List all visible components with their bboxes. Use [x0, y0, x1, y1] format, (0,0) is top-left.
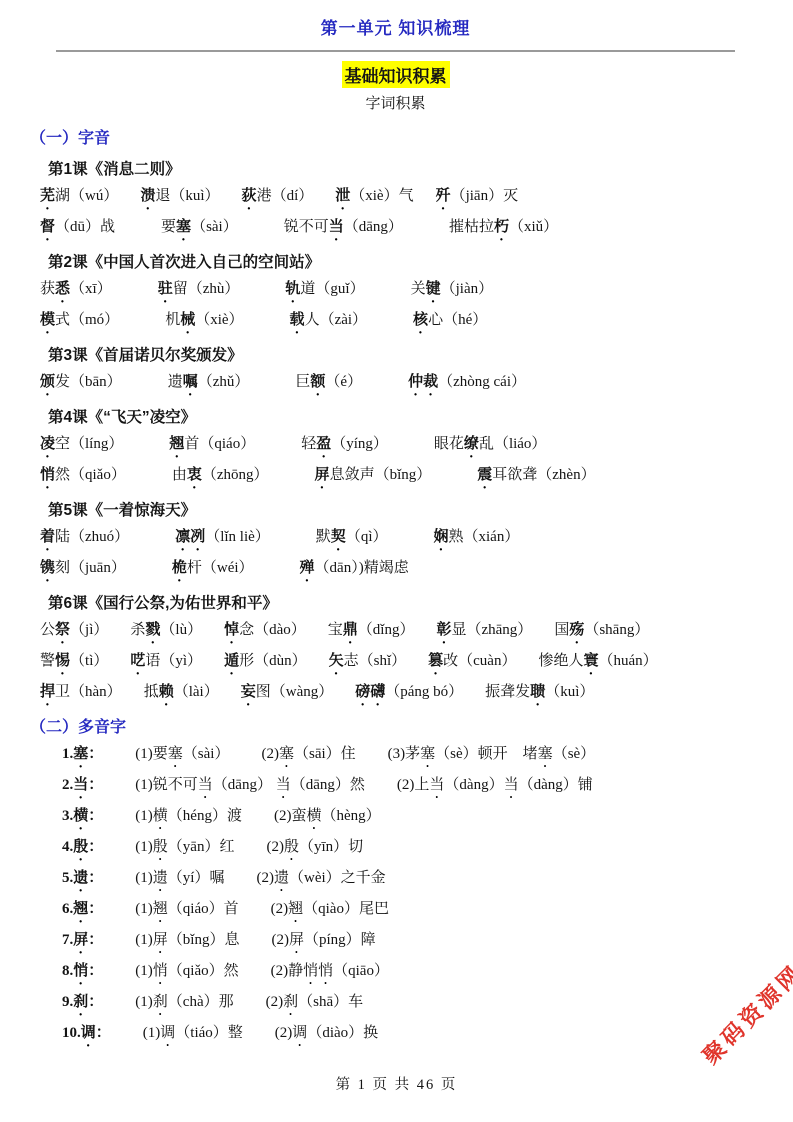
emphasized-char: 当 — [329, 218, 344, 235]
vocab-item: 呓语（yì） — [130, 649, 202, 678]
polyphone-option: (2)上当（dàng）当（dàng）铺 — [397, 773, 593, 802]
text-run: 然（qiǎo） — [55, 467, 126, 483]
colon: ： — [88, 932, 103, 948]
vocab-item: 警惕（tì） — [40, 649, 108, 678]
vocab-row: 获悉（xī）驻留（zhù）轨道（guǐ）关键（jiàn） — [38, 276, 753, 307]
text-run: 振聋发 — [485, 684, 530, 700]
text-run: （dǐng） — [358, 622, 415, 638]
polyphone-entry: 2.当：(1)锐不可当（dāng） 当（dāng）然(2)上当（dàng）当（d… — [38, 772, 753, 803]
emphasized-char: 震 — [477, 466, 492, 483]
vocab-item: 荻港（dí） — [242, 184, 314, 213]
lesson-title: 第2课《中国人首次进入自己的空间站》 — [38, 245, 753, 276]
text-run: （sài） — [191, 219, 238, 235]
text-run: 杆（wéi） — [187, 560, 254, 576]
emphasized-char: 核 — [413, 311, 428, 328]
emphasized-char: 悄 — [153, 963, 168, 979]
text-run: （zhǔ） — [198, 374, 250, 390]
text-run: (1) — [135, 839, 153, 855]
page-footer: 第 1 页 共 46 页 — [0, 1073, 793, 1094]
text-run: (1) — [135, 808, 153, 824]
vocab-item: 宝鼎（dǐng） — [328, 618, 415, 647]
emphasized-char: 殷 — [284, 839, 299, 855]
vocab-item: 机械（xiè） — [165, 308, 243, 337]
text-run: （héng）渡 — [168, 808, 242, 824]
vocab-row: 捍卫（hàn）抵赖（lài）妄图（wàng）磅礴（páng bó）振聋发聩（ku… — [38, 679, 753, 710]
emphasized-char: 调 — [292, 1025, 307, 1041]
text-run: 要 — [161, 219, 176, 235]
vocab-item: 娴熟（xián） — [433, 525, 519, 554]
colon: ： — [88, 963, 103, 979]
vocab-item: 矢志（shǐ） — [329, 649, 407, 678]
emphasized-char: 捍 — [40, 683, 55, 700]
text-run: （dān）)精竭虑 — [315, 560, 409, 576]
text-run: （dàng） — [444, 777, 503, 793]
polyphone-char: 塞 — [73, 745, 88, 762]
vocab-item: 泄（xiè）气 — [335, 184, 413, 213]
text-run: (1) — [135, 870, 153, 886]
emphasized-char: 驻 — [158, 280, 173, 297]
entry-number: 10. — [62, 1025, 81, 1041]
text-run: （sè）顿开 堵 — [435, 746, 538, 762]
text-run: 语（yì） — [145, 653, 202, 669]
text-run: 陆（zhuó） — [55, 529, 129, 545]
polyphone-char: 遗 — [73, 869, 88, 886]
emphasized-char: 载 — [290, 311, 305, 328]
text-run: （jiàn） — [441, 281, 494, 297]
text-run: （zhòng cái） — [438, 374, 526, 390]
emphasized-char: 祭 — [55, 621, 70, 638]
vocab-item: 遁形（dùn） — [224, 649, 307, 678]
emphasized-char: 械 — [180, 311, 195, 328]
emphasized-char: 塞 — [168, 746, 183, 762]
polyphone-lead: 6.翘： — [62, 897, 103, 926]
polyphone-entry: 3.横：(1)横（héng）渡(2)蛮横（hèng） — [38, 803, 753, 834]
emphasized-char: 刹 — [153, 994, 168, 1010]
emphasized-char: 殚 — [300, 559, 315, 576]
emphasized-char: 泄 — [335, 187, 350, 204]
vocab-row: 警惕（tì）呓语（yì）遁形（dùn）矢志（shǐ）篡改（cuàn）惨绝人寰（h… — [38, 648, 753, 679]
vocab-item: 振聋发聩（kuì） — [485, 680, 594, 709]
emphasized-char: 寰 — [583, 652, 598, 669]
text-run: （jiān）灭 — [451, 188, 519, 204]
emphasized-char: 篡 — [428, 652, 443, 669]
text-run: 乱（liáo） — [479, 436, 547, 452]
emphasized-char: 桅 — [172, 559, 187, 576]
text-run: 图（wàng） — [256, 684, 334, 700]
polyphone-lead: 10.调： — [62, 1021, 111, 1050]
polyphone-option: (2)蛮横（hèng） — [274, 804, 381, 833]
text-run: 轻 — [301, 436, 316, 452]
emphasized-char: 模 — [40, 311, 55, 328]
polyphone-option: (2)遗（wèi）之千金 — [256, 866, 385, 895]
polyphone-option: (1)横（héng）渡 — [135, 804, 242, 833]
text-run: 杀 — [130, 622, 145, 638]
polyphone-option: (2)塞（sāi）住 — [261, 742, 355, 771]
emphasized-char: 塞 — [176, 218, 191, 235]
text-run: （jì） — [70, 622, 108, 638]
text-run: 熟（xián） — [449, 529, 520, 545]
text-run: (2) — [266, 839, 284, 855]
emphasized-char: 遗 — [274, 870, 289, 886]
emphasized-char: 缭 — [464, 435, 479, 452]
text-run: （huán） — [599, 653, 658, 669]
text-run: （shāng） — [584, 622, 649, 638]
entry-number: 5. — [62, 870, 73, 886]
entry-number: 7. — [62, 932, 73, 948]
vocab-item: 凌空（líng） — [40, 432, 123, 461]
emphasized-char: 盈 — [316, 435, 331, 452]
text-run: 退（kuì） — [155, 188, 219, 204]
vocab-item: 镌刻（juān） — [40, 556, 126, 585]
text-run: 遗 — [168, 374, 183, 390]
text-run: （bǐng）息 — [168, 932, 240, 948]
text-run: （dāng） — [213, 777, 276, 793]
entry-number: 6. — [62, 901, 73, 917]
polyphone-option: (1)遗（yí）嘱 — [135, 866, 224, 895]
vocab-item: 凛冽（lǐn liè） — [175, 525, 270, 554]
vocab-item: 公祭（jì） — [40, 618, 108, 647]
text-run: 国 — [554, 622, 569, 638]
entry-number: 2. — [62, 777, 73, 793]
text-run: （tì） — [70, 653, 108, 669]
colon: ： — [88, 870, 103, 886]
text-run: 发（bān） — [55, 374, 122, 390]
polyphone-option: (1)殷（yān）红 — [135, 835, 234, 864]
vocab-item: 震耳欲聋（zhèn） — [477, 463, 595, 492]
text-run: 形（dùn） — [239, 653, 307, 669]
text-run: （lǐn liè） — [205, 529, 270, 545]
text-run: （qì） — [346, 529, 388, 545]
emphasized-char: 磅礴 — [355, 683, 385, 700]
vocab-row: 悄然（qiǎo）由衷（zhōng）屏息敛声（bǐng）震耳欲聋（zhèn） — [38, 462, 753, 493]
text-run: (2) — [271, 901, 289, 917]
polyphone-option: (1)要塞（sài） — [135, 742, 229, 771]
entry-number: 1. — [62, 746, 73, 762]
text-run: （yīn）切 — [299, 839, 363, 855]
vocab-item: 篡改（cuàn） — [428, 649, 516, 678]
emphasized-char: 殷 — [153, 839, 168, 855]
vocab-item: 驻留（zhù） — [158, 277, 240, 306]
emphasized-char: 惕 — [55, 652, 70, 669]
polyphone-entry: 4.殷：(1)殷（yān）红(2)殷（yīn）切 — [38, 834, 753, 865]
text-run: 港（dí） — [257, 188, 314, 204]
emphasized-char: 塞 — [538, 746, 553, 762]
lesson-title: 第1课《消息二则》 — [38, 152, 753, 183]
emphasized-char: 屏 — [153, 932, 168, 948]
emphasized-char: 刹 — [283, 994, 298, 1010]
vocab-item: 默契（qì） — [316, 525, 388, 554]
emphasized-char: 翘 — [169, 435, 184, 452]
emphasized-char: 朽 — [494, 218, 509, 235]
polyphone-lead: 1.塞： — [62, 742, 103, 771]
text-run: （píng）障 — [304, 932, 376, 948]
divider-line — [56, 50, 735, 52]
polyphone-entry: 8.悄：(1)悄（qiǎo）然(2)静悄悄（qiāo） — [38, 958, 753, 989]
text-run: （hèng） — [321, 808, 380, 824]
text-run: （zhōng） — [202, 467, 269, 483]
emphasized-char: 芜 — [40, 187, 55, 204]
colon: ： — [88, 901, 103, 917]
vocab-item: 杀戮（lù） — [130, 618, 202, 647]
entry-number: 8. — [62, 963, 73, 979]
vocab-item: 芜湖（wú） — [40, 184, 118, 213]
text-run: （yí）嘱 — [168, 870, 225, 886]
emphasized-char: 彰 — [436, 621, 451, 638]
emphasized-char: 悼 — [224, 621, 239, 638]
vocab-item: 翘首（qiáo） — [169, 432, 255, 461]
text-run: （é） — [325, 374, 362, 390]
text-run: 眼花 — [434, 436, 464, 452]
vocab-row: 芜湖（wú）溃退（kuì）荻港（dí）泄（xiè）气歼（jiān）灭 — [38, 183, 753, 214]
polyphone-char: 刹 — [73, 993, 88, 1010]
document-page: 第一单元 知识梳理 基础知识积累 字词积累 （一）字音第1课《消息二则》芜湖（w… — [0, 0, 793, 1051]
text-run: (2) — [256, 870, 274, 886]
text-run: （kuì） — [545, 684, 594, 700]
vocab-item: 锐不可当（dāng） — [284, 215, 403, 244]
text-run: 卫（hàn） — [55, 684, 122, 700]
text-run: (2) — [266, 994, 284, 1010]
entry-number: 9. — [62, 994, 73, 1010]
vocab-item: 着陆（zhuó） — [40, 525, 129, 554]
entry-number: 4. — [62, 839, 73, 855]
text-run: 湖（wú） — [55, 188, 118, 204]
section-heading: （一）字音 — [30, 121, 753, 152]
polyphone-char: 横 — [73, 807, 88, 824]
text-run: （sè） — [553, 746, 596, 762]
text-run: 心（hé） — [428, 312, 487, 328]
text-run: 志（shǐ） — [344, 653, 407, 669]
polyphone-char: 当 — [73, 776, 88, 793]
text-run: （sāi）住 — [294, 746, 356, 762]
emphasized-char: 衷 — [187, 466, 202, 483]
polyphone-option: (1)屏（bǐng）息 — [135, 928, 239, 957]
polyphone-char: 翘 — [73, 900, 88, 917]
vocab-item: 殚（dān）)精竭虑 — [300, 556, 409, 585]
vocab-item: 悄然（qiǎo） — [40, 463, 126, 492]
lesson-title: 第4课《“飞天”凌空》 — [38, 400, 753, 431]
text-run: 机 — [165, 312, 180, 328]
polyphone-entry: 10.调：(1)调（tiáo）整(2)调（diào）换 — [38, 1020, 753, 1051]
polyphone-option: (2)静悄悄（qiāo） — [271, 959, 389, 988]
highlighted-title: 基础知识积累 — [342, 61, 450, 88]
polyphone-option: (1)悄（qiǎo）然 — [135, 959, 238, 988]
emphasized-char: 督 — [40, 218, 55, 235]
polyphone-lead: 4.殷： — [62, 835, 103, 864]
text-run: (1)要 — [135, 746, 168, 762]
text-run: 宝 — [328, 622, 343, 638]
text-run: （yíng） — [331, 436, 388, 452]
vocab-row: 颁发（bān）遗嘱（zhǔ）巨额（é）仲裁（zhòng cái） — [38, 369, 753, 400]
text-run: (1) — [135, 901, 153, 917]
polyphone-char: 悄 — [73, 962, 88, 979]
text-run: (1) — [143, 1025, 161, 1041]
polyphone-option: (1)刹（chà）那 — [135, 990, 233, 1019]
polyphone-option: (3)茅塞（sè）顿开 堵塞（sè） — [388, 742, 596, 771]
vocab-item: 颁发（bān） — [40, 370, 122, 399]
text-run: 由 — [172, 467, 187, 483]
text-run: 锐不可 — [284, 219, 329, 235]
text-run: （qiāo） — [333, 963, 389, 979]
polyphone-lead: 5.遗： — [62, 866, 103, 895]
text-run: 改（cuàn） — [443, 653, 516, 669]
text-run: 留（zhù） — [173, 281, 240, 297]
text-run: 式（mó） — [55, 312, 119, 328]
emphasized-char: 额 — [310, 373, 325, 390]
vocab-item: 桅杆（wéi） — [172, 556, 254, 585]
text-run: （lù） — [160, 622, 202, 638]
sections-container: （一）字音第1课《消息二则》芜湖（wú）溃退（kuì）荻港（dí）泄（xiè）气… — [38, 121, 753, 1051]
polyphone-option: (2)翘（qiào）尾巴 — [271, 897, 389, 926]
polyphone-char: 调 — [81, 1024, 96, 1041]
text-run: （páng bó） — [385, 684, 463, 700]
text-run: (1) — [135, 932, 153, 948]
emphasized-char: 横 — [153, 808, 168, 824]
colon: ： — [96, 1025, 111, 1041]
polyphone-option: (2)殷（yīn）切 — [266, 835, 363, 864]
text-run: （qiǎo）然 — [168, 963, 239, 979]
emphasized-char: 遗 — [153, 870, 168, 886]
vocab-item: 载人（zài） — [290, 308, 368, 337]
polyphone-lead: 8.悄： — [62, 959, 103, 988]
emphasized-char: 歼 — [436, 187, 451, 204]
text-run: （lài） — [174, 684, 219, 700]
vocab-item: 要塞（sài） — [161, 215, 238, 244]
polyphone-lead: 2.当： — [62, 773, 103, 802]
lesson-title: 第6课《国行公祭,为佑世界和平》 — [38, 586, 753, 617]
text-run: 获 — [40, 281, 55, 297]
vocab-item: 遗嘱（zhǔ） — [168, 370, 250, 399]
emphasized-char: 溃 — [140, 187, 155, 204]
vocab-item: 彰显（zhāng） — [436, 618, 532, 647]
text-run: 惨绝人 — [538, 653, 583, 669]
vocab-row: 着陆（zhuó）凛冽（lǐn liè）默契（qì）娴熟（xián） — [38, 524, 753, 555]
text-run: （wèi）之千金 — [289, 870, 386, 886]
text-run: （dū）战 — [55, 219, 115, 235]
text-run: （dāng） — [344, 219, 403, 235]
emphasized-char: 屏 — [289, 932, 304, 948]
polyphone-option: (2)屏（píng）障 — [271, 928, 375, 957]
emphasized-char: 戮 — [145, 621, 160, 638]
emphasized-char: 赖 — [159, 683, 174, 700]
polyphone-entry: 7.屏：(1)屏（bǐng）息(2)屏（píng）障 — [38, 927, 753, 958]
polyphone-option: (2)刹（shā）车 — [266, 990, 364, 1019]
text-run: 念（dào） — [239, 622, 306, 638]
emphasized-char: 呓 — [130, 652, 145, 669]
vocab-row: 督（dū）战要塞（sài）锐不可当（dāng）摧枯拉朽（xiǔ） — [38, 214, 753, 245]
vocab-item: 捍卫（hàn） — [40, 680, 122, 709]
colon: ： — [88, 994, 103, 1010]
text-run: (2)蛮 — [274, 808, 307, 824]
emphasized-char: 当 — [198, 777, 213, 793]
section-heading: （二）多音字 — [30, 710, 753, 741]
polyphone-entry: 1.塞：(1)要塞（sài）(2)塞（sāi）住(3)茅塞（sè）顿开 堵塞（s… — [38, 741, 753, 772]
vocab-item: 轻盈（yíng） — [301, 432, 388, 461]
text-run: (1)锐不可 — [135, 777, 198, 793]
emphasized-char: 遁 — [224, 652, 239, 669]
emphasized-char: 凌 — [40, 435, 55, 452]
text-run: 刻（juān） — [55, 560, 126, 576]
vocab-item: 轨道（guǐ） — [285, 277, 364, 306]
text-run: 人（zài） — [305, 312, 367, 328]
emphasized-char: 键 — [426, 280, 441, 297]
text-run: （shā）车 — [298, 994, 363, 1010]
vocab-row: 镌刻（juān）桅杆（wéi）殚（dān）)精竭虑 — [38, 555, 753, 586]
lesson-title: 第5课《一着惊海天》 — [38, 493, 753, 524]
text-run: (1) — [135, 963, 153, 979]
emphasized-char: 屏 — [315, 466, 330, 483]
text-run: 息敛声（bǐng） — [330, 467, 432, 483]
vocab-row: 凌空（líng）翘首（qiáo）轻盈（yíng）眼花缭乱（liáo） — [38, 431, 753, 462]
emphasized-char: 嘱 — [183, 373, 198, 390]
vocab-item: 获悉（xī） — [40, 277, 112, 306]
colon: ： — [88, 746, 103, 762]
text-run: (2)静 — [271, 963, 304, 979]
polyphone-option: (2)调（diào）换 — [275, 1021, 378, 1050]
emphasized-char: 横 — [306, 808, 321, 824]
text-run: 警 — [40, 653, 55, 669]
vocab-item: 屏息敛声（bǐng） — [315, 463, 432, 492]
emphasized-char: 翘 — [153, 901, 168, 917]
vocab-item: 抵赖（lài） — [144, 680, 219, 709]
polyphone-lead: 9.刹： — [62, 990, 103, 1019]
emphasized-char: 悄 — [40, 466, 55, 483]
text-run: (1) — [135, 994, 153, 1010]
polyphone-entry: 9.刹：(1)刹（chà）那(2)刹（shā）车 — [38, 989, 753, 1020]
emphasized-char: 娴 — [433, 528, 448, 545]
emphasized-char: 颁 — [40, 373, 55, 390]
emphasized-char: 鼎 — [343, 621, 358, 638]
vocab-item: 国殇（shāng） — [554, 618, 649, 647]
vocab-item: 关键（jiàn） — [411, 277, 494, 306]
text-run: （diào）换 — [307, 1025, 378, 1041]
polyphone-char: 殷 — [73, 838, 88, 855]
polyphone-lead: 7.屏： — [62, 928, 103, 957]
text-run: (2) — [261, 746, 279, 762]
polyphone-option: (1)锐不可当（dāng） 当（dāng）然 — [135, 773, 365, 802]
text-run: (2)上 — [397, 777, 430, 793]
text-run: （tiáo）整 — [175, 1025, 243, 1041]
emphasized-char: 悉 — [55, 280, 70, 297]
polyphone-option: (1)调（tiáo）整 — [143, 1021, 243, 1050]
vocab-item: 磅礴（páng bó） — [355, 680, 463, 709]
emphasized-char: 当 — [429, 777, 444, 793]
emphasized-char: 塞 — [279, 746, 294, 762]
vocab-item: 仲裁（zhòng cái） — [408, 370, 526, 399]
text-run: （xiǔ） — [509, 219, 558, 235]
vocab-item: 歼（jiān）灭 — [436, 184, 519, 213]
text-run: （sài） — [183, 746, 230, 762]
text-run: （xiè） — [195, 312, 243, 328]
polyphone-entry: 5.遗：(1)遗（yí）嘱(2)遗（wèi）之千金 — [38, 865, 753, 896]
text-run: 耳欲聋（zhèn） — [492, 467, 595, 483]
emphasized-char: 调 — [160, 1025, 175, 1041]
unit-title: 第一单元 知识梳理 — [38, 14, 753, 39]
vocab-item: 督（dū）战 — [40, 215, 115, 244]
polyphone-lead: 3.横： — [62, 804, 103, 833]
text-run: (2) — [271, 932, 289, 948]
polyphone-char: 屏 — [73, 931, 88, 948]
text-run: （yān）红 — [168, 839, 235, 855]
polyphone-option: (1)翘（qiáo）首 — [135, 897, 238, 926]
text-run: 摧枯拉 — [449, 219, 494, 235]
text-run: 公 — [40, 622, 55, 638]
banner-row: 基础知识积累 — [38, 61, 753, 87]
text-run: （dàng）铺 — [519, 777, 593, 793]
text-run: 显（zhāng） — [451, 622, 532, 638]
text-run: (2) — [275, 1025, 293, 1041]
vocab-item: 惨绝人寰（huán） — [538, 649, 657, 678]
emphasized-char: 镌 — [40, 559, 55, 576]
